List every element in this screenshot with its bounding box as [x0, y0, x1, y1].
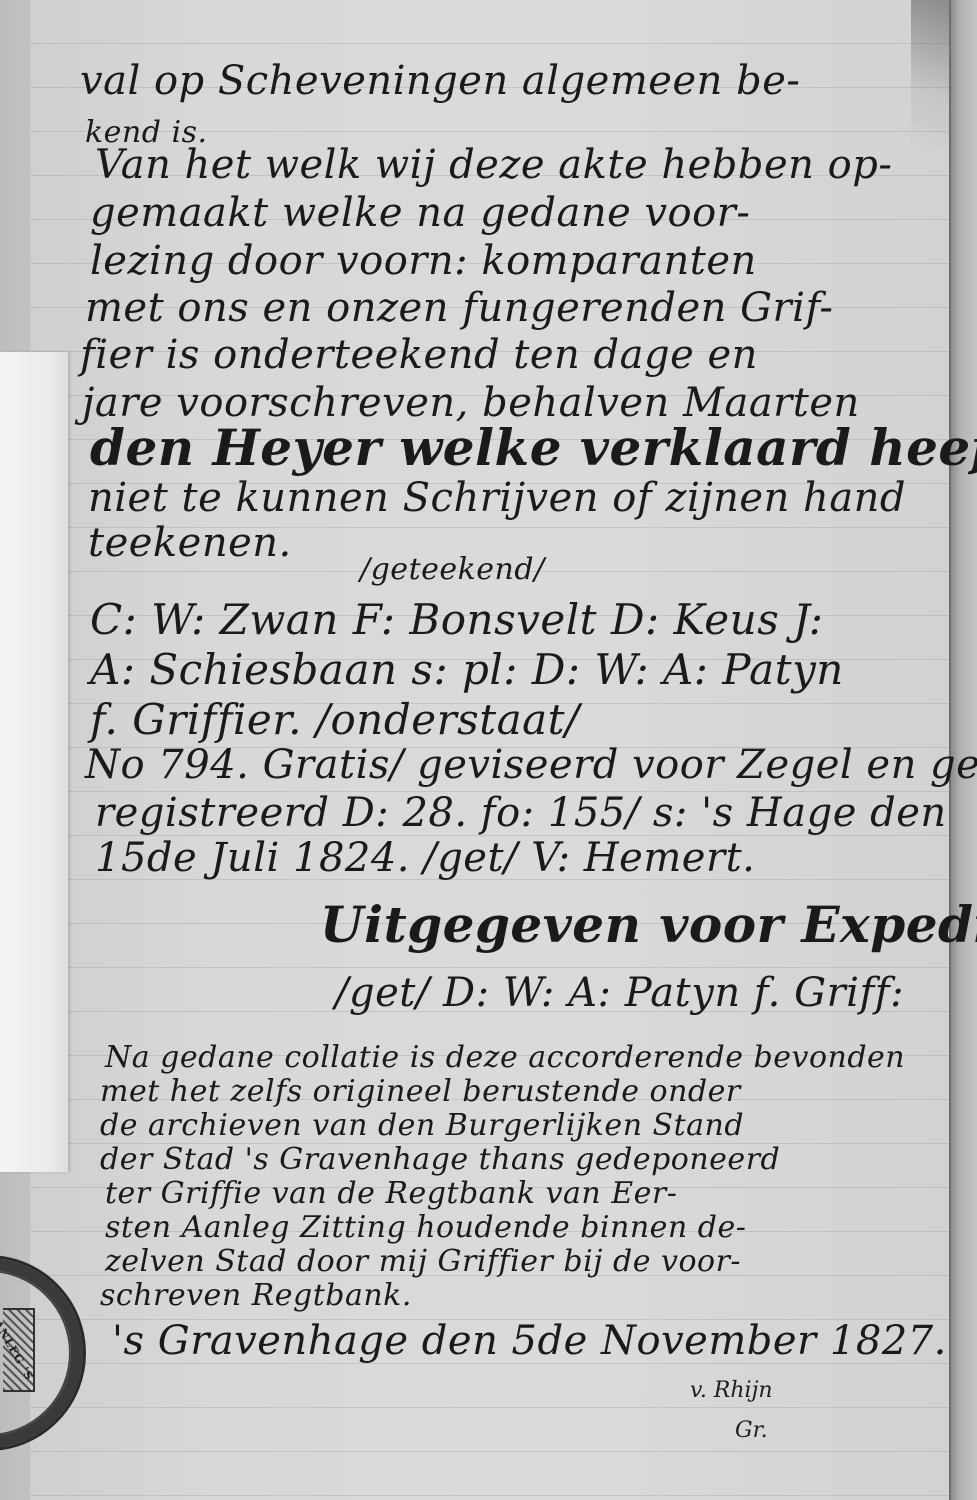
issued-signed: /get/ D: W: A: Patyn f. Griff: [335, 970, 904, 1016]
certification-date: 's Gravenhage den 5de November 1827. [112, 1318, 947, 1364]
body-line: Van het welk wij deze akte hebben op- [95, 142, 892, 188]
issued-heading: Uitgegeven voor Expeditie [320, 895, 977, 954]
body-line: den Heyer welke verklaard heeft [90, 418, 977, 477]
clerk-signature: v. Rhijn [690, 1378, 773, 1403]
body-line: fier is onderteekend ten dage en [80, 332, 758, 378]
certification-line: der Stad 's Gravenhage thans gedeponeerd [100, 1142, 780, 1177]
body-line: lezing door voorn: komparanten [90, 238, 757, 284]
body-line: val op Scheveningen algemeen be- [80, 58, 800, 104]
body-line: teekenen. [88, 520, 292, 566]
signature-line: A: Schiesbaan s: pl: D: W: A: Patyn [90, 645, 844, 694]
body-line: gemaakt welke na gedane voor- [90, 190, 750, 236]
certification-line: zelven Stad door mij Griffier bij de voo… [105, 1244, 741, 1279]
certification-line: de archieven van den Burgerlijken Stand [100, 1108, 744, 1143]
certification-line: ter Griffie van de Regtbank van Eer- [105, 1176, 677, 1211]
registration-line: 15de Juli 1824. /get/ V: Hemert. [95, 835, 755, 881]
registration-line: No 794. Gratis/ geviseerd voor Zegel en … [85, 742, 977, 788]
signed-annotation: /geteekend/ [360, 552, 545, 587]
clerk-initials: Gr. [735, 1418, 768, 1443]
page-fold-shadow [911, 0, 951, 150]
document-scan: EN AANLEG 'S HAGE val op Scheveningen al… [0, 0, 977, 1500]
signature-line: f. Griffier. /onderstaat/ [90, 695, 580, 744]
certification-line: Na gedane collatie is deze accorderende … [105, 1040, 905, 1075]
signature-line: C: W: Zwan F: Bonsvelt D: Keus J: [90, 595, 823, 644]
registration-line: registreerd D: 28. fo: 155/ s: 's Hage d… [95, 790, 947, 836]
body-line: met ons en onzen fungerenden Grif- [85, 285, 833, 331]
certification-line: sten Aanleg Zitting houdende binnen de- [105, 1210, 746, 1245]
certification-line: schreven Regtbank. [100, 1278, 412, 1313]
body-line: niet te kunnen Schrijven of zijnen hand [88, 475, 906, 521]
certification-line: met het zelfs origineel berustende onder [100, 1074, 741, 1109]
inserted-paper-strip [0, 352, 68, 1172]
